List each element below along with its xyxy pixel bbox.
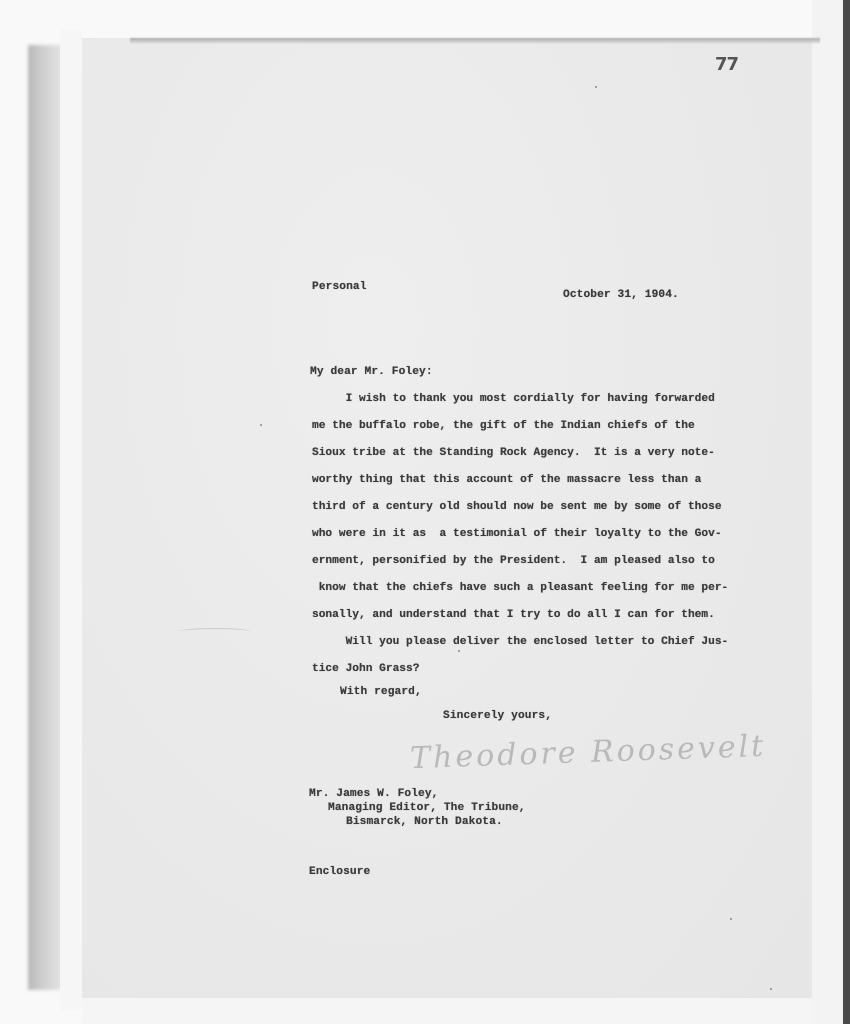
body-line: who were in it as a testimonial of their… [312,528,722,540]
scan-speck [730,918,732,920]
recipient-title: Managing Editor, The Tribune, [328,802,526,814]
salutation: My dear Mr. Foley: [310,366,433,378]
closing-regard: With regard, [340,686,422,698]
scan-speck [260,424,262,426]
letter-paper [82,38,812,998]
body-line: third of a century old should now be sen… [312,501,722,513]
pencil-mark [180,628,250,635]
body-line: worthy thing that this account of the ma… [312,474,701,486]
recipient-location: Bismarck, North Dakota. [346,816,503,828]
closing-sincerely: Sincerely yours, [443,710,552,722]
right-margin-strip [812,0,843,1024]
left-page-shadow [28,45,64,990]
scan-speck [770,988,772,990]
paper-bottom-strip [82,998,812,1024]
body-line: sonally, and understand that I try to do… [312,609,715,621]
body-line: ernment, personified by the President. I… [312,555,715,567]
header-personal: Personal [312,281,367,293]
left-margin-strip [60,30,82,1010]
enclosure-note: Enclosure [309,866,370,878]
scan-speck [595,86,597,88]
letter-date: October 31, 1904. [563,289,679,301]
body-line: tice John Grass? [312,663,419,675]
body-line: know that the chiefs have such a pleasan… [312,582,728,594]
body-line: I wish to thank you most cordially for h… [312,393,715,405]
recipient-name: Mr. James W. Foley, [309,788,438,800]
page-number: 77 [715,54,738,75]
right-edge-bar [843,0,850,1024]
body-line: Will you please deliver the enclosed let… [312,636,728,648]
paper-top-edge [130,38,820,44]
body-line: me the buffalo robe, the gift of the Ind… [312,420,695,432]
scan-speck [458,650,460,652]
body-line: Sioux tribe at the Standing Rock Agency.… [312,447,715,459]
